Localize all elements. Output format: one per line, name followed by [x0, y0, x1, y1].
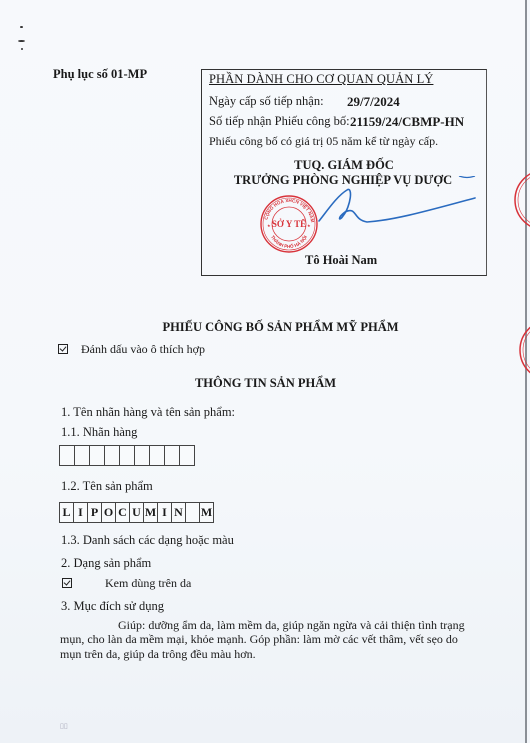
section-1-3-label: 1.3. Danh sách các dạng hoặc màu — [61, 533, 234, 548]
signature-title-1: TUQ. GIÁM ĐỐC — [202, 158, 486, 173]
brand-name-cell — [104, 445, 120, 466]
svg-text:★: ★ — [267, 223, 271, 228]
product-name-cell: I — [73, 502, 88, 523]
svg-text:THÀNH PHỐ HÀ NỘI: THÀNH PHỐ HÀ NỘI — [270, 234, 308, 249]
product-form-option: Kem dùng trên da — [62, 576, 191, 591]
section-1-2-label: 1.2. Tên sản phẩm — [61, 479, 153, 494]
document-page: Phụ lục số 01-MP PHẦN DÀNH CHO CƠ QUAN Q… — [0, 0, 527, 743]
brand-name-cell — [74, 445, 90, 466]
scan-specks — [14, 14, 54, 54]
edge-stamp-top-icon — [505, 160, 530, 240]
product-name-cell: I — [157, 502, 172, 523]
brand-name-cell — [149, 445, 165, 466]
section-1-label: 1. Tên nhãn hàng và tên sản phẩm: — [61, 405, 235, 420]
signer-name: Tô Hoài Nam — [305, 253, 377, 268]
product-form-text: Kem dùng trên da — [105, 576, 191, 590]
purpose-paragraph: Giúp: dưỡng ẩm da, làm mềm da, giúp ngăn… — [60, 618, 480, 661]
validity-note: Phiếu công bố có giá trị 05 năm kể từ ng… — [209, 134, 438, 149]
product-name-cells: LIPOCUMINM — [60, 502, 214, 523]
product-name-cell: M — [143, 502, 158, 523]
document-title: PHIẾU CÔNG BỐ SẢN PHẨM MỸ PHẨM — [18, 320, 530, 335]
brand-name-cell — [164, 445, 180, 466]
receipt-number-row: Số tiếp nhận Phiếu công bố: 21159/24/CBM… — [209, 114, 350, 129]
product-name-cell: C — [115, 502, 130, 523]
product-name-cell: P — [87, 502, 102, 523]
product-name-cell — [185, 502, 200, 523]
management-section-box: PHẦN DÀNH CHO CƠ QUAN QUẢN LÝ Ngày cấp s… — [201, 69, 487, 276]
receipt-number-label: Số tiếp nhận Phiếu công bố: — [209, 114, 350, 128]
signature-mark — [297, 176, 477, 236]
product-name-cell: U — [129, 502, 144, 523]
section-title: THÔNG TIN SẢN PHẨM — [3, 376, 528, 391]
brand-name-cells — [60, 445, 195, 466]
scanner-mark: ▯▯ — [60, 722, 68, 730]
checked-checkbox-icon[interactable] — [62, 578, 72, 588]
section-3-label: 3. Mục đích sử dụng — [61, 599, 164, 614]
brand-name-cell — [134, 445, 150, 466]
section-2-label: 2. Dạng sản phẩm — [61, 556, 151, 571]
brand-name-cell — [89, 445, 105, 466]
instruction-text: Đánh dấu vào ô thích hợp — [81, 342, 205, 356]
product-name-cell: L — [59, 502, 74, 523]
issue-date-row: Ngày cấp số tiếp nhận: 29/7/2024 — [209, 94, 324, 109]
product-name-cell: O — [101, 502, 116, 523]
brand-name-cell — [59, 445, 75, 466]
receipt-number-value: 21159/24/CBMP-HN — [350, 114, 464, 130]
product-name-cell: M — [199, 502, 214, 523]
annex-label: Phụ lục số 01-MP — [53, 67, 147, 82]
brand-name-cell — [179, 445, 195, 466]
section-1-1-label: 1.1. Nhãn hàng — [61, 425, 137, 440]
management-section-title: PHẦN DÀNH CHO CƠ QUAN QUẢN LÝ — [209, 72, 433, 87]
product-name-cell: N — [171, 502, 186, 523]
issue-date-value: 29/7/2024 — [347, 94, 400, 110]
brand-name-cell — [119, 445, 135, 466]
instruction-line: Đánh dấu vào ô thích hợp — [58, 342, 205, 357]
checked-checkbox-icon — [58, 344, 68, 354]
issue-date-label: Ngày cấp số tiếp nhận: — [209, 94, 324, 108]
